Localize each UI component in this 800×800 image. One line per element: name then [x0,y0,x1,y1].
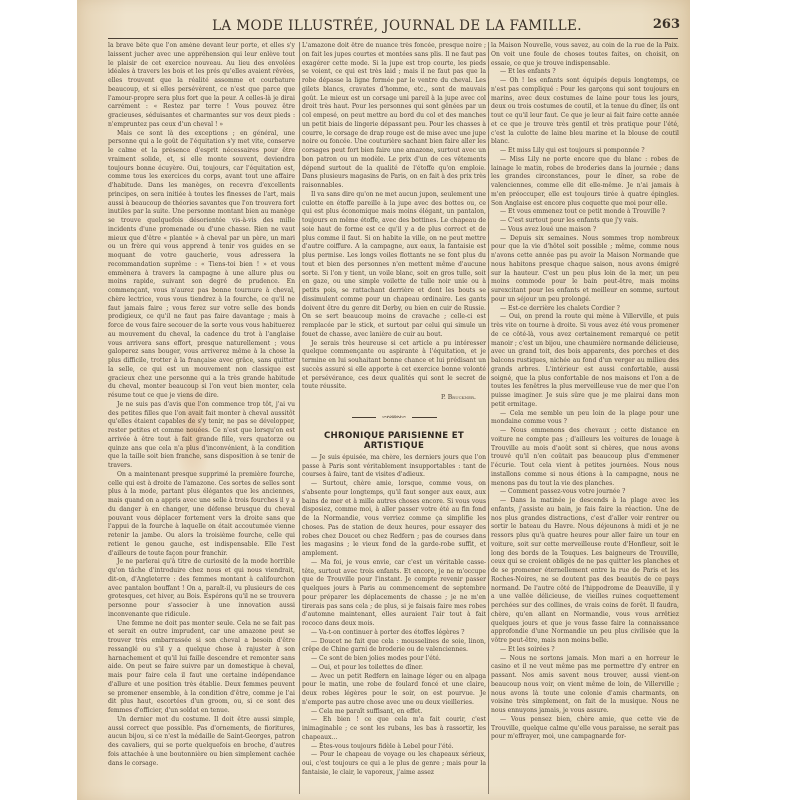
paragraph: Je ne suis pas d'avis que l'on commence … [108,401,295,471]
paragraph: L'amazone doit être de nuance très foncé… [302,42,486,191]
paragraph: On a maintenant presque supprimé la prem… [108,471,295,559]
author-signature: P. Bruckner. [302,394,486,403]
journal-title: LA MODE ILLUSTRÉE, JOURNAL DE LA FAMILLE… [108,18,686,34]
section-title: CHRONIQUE PARISIENNE ET ARTISTIQUE [302,431,486,451]
column-divider [299,42,300,794]
paragraph: — Avec un petit Redfern en lainage léger… [302,673,486,708]
paragraph: — Oui, on prend la route qui mène à Vill… [491,313,679,409]
paragraph: — Nous emmenons des chevaux ; cette dist… [491,427,679,488]
paragraph: Une femme ne doit pas monter seule. Cela… [108,620,295,716]
paragraph: — Ma foi, je vous envie, car c'est un vé… [302,559,486,629]
paragraph: la Maison Nouvelle, vous savez, au coin … [491,42,679,68]
column-3: la Maison Nouvelle, vous savez, au coin … [491,42,679,794]
paragraph: — Depuis six semaines. Nous sommes trop … [491,235,679,305]
paragraph: — Et les enfants ? [491,68,679,77]
paragraph: — Vous avez loué une maison ? [491,226,679,235]
paragraph: — Est-ce derrière les chalets Cordier ? [491,305,679,314]
paragraph: — Cela me paraît suffisant, en effet. [302,708,486,717]
section-ornament: ∽∾∞∾∽ [352,413,437,421]
paragraph: — Eh bien ! ce que cela m'a fait courir,… [302,716,486,742]
paragraph: — Doucet ne fait que cela : mousselines … [302,638,486,656]
column-divider [488,42,489,794]
paragraph: — Et miss Lily qui est toujours si pompo… [491,147,679,156]
column-2: L'amazone doit être de nuance très foncé… [302,42,486,794]
paragraph: la brave bête que l'on amène devant leur… [108,42,295,130]
paragraph: — C'est surtout pour les enfants que j'y… [491,217,679,226]
paragraph: — Êtes-vous toujours fidèle à Lebel pour… [302,743,486,752]
ornament-flourish: ∽∾∞∾∽ [376,413,412,421]
paragraph: — Surtout, chère amie, lorsque, comme vo… [302,480,486,559]
paragraph: — Pour le chapeau de voyage ou les chape… [302,751,486,777]
paragraph: Il va sans dire qu'on ne met aucun jupon… [302,191,486,340]
paragraph: — Va-t-on continuer à porter des étoffes… [302,629,486,638]
paragraph: Je serais très heureuse si cet article a… [302,340,486,393]
paragraph: — Nous ne sortons jamais. Mon mari a en … [491,655,679,716]
paragraph: — Oui, et pour les toilettes de dîner. [302,664,486,673]
header-rule [108,38,678,39]
page-number: 263 [653,17,680,32]
page-header: LA MODE ILLUSTRÉE, JOURNAL DE LA FAMILLE… [108,12,686,34]
paragraph: — Vous pensez bien, chère amie, que cett… [491,716,679,742]
paragraph: — Cela me semble un peu loin de la plage… [491,410,679,428]
chronicle-text: — Je suis épuisée, ma chère, les dernier… [302,454,486,778]
article-continuation: L'amazone doit être de nuance très foncé… [302,42,486,392]
paragraph: — Miss Lily ne porte encore que du blanc… [491,156,679,209]
paragraph: — Oh ! les enfants sont équipés depuis l… [491,77,679,147]
paragraph: — Et vous emmenez tout ce petit monde à … [491,208,679,217]
paragraph: — Ce sont de bien jolies modes pour l'ét… [302,655,486,664]
paragraph: — Je suis épuisée, ma chère, les dernier… [302,454,486,480]
paragraph: — Dans la matinée je descends à la plage… [491,497,679,646]
paragraph: Je ne parlerai qu'à titre de curiosité d… [108,558,295,619]
paragraph: — Et les soirées ? [491,646,679,655]
paragraph: — Comment passez-vous votre journée ? [491,488,679,497]
paragraph: Un dernier mot du costume. Il doit être … [108,716,295,769]
column-1: la brave bête que l'on amène devant leur… [108,42,295,794]
paragraph: Mais ce sont là des exceptions ; en géné… [108,130,295,401]
